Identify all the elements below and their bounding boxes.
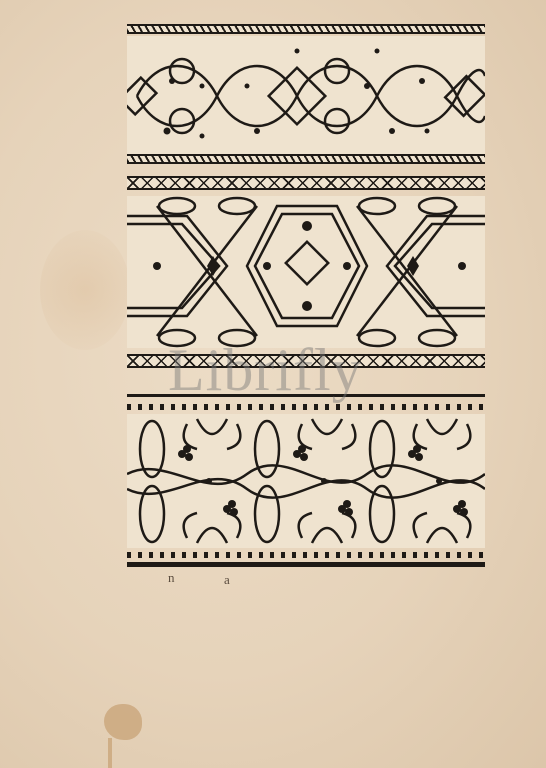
knotwork-band xyxy=(127,36,485,154)
zigzag-border-top xyxy=(127,176,485,190)
printer-signature-mark: a xyxy=(224,572,230,588)
rule-line-bottom xyxy=(127,562,485,567)
rope-border-top xyxy=(127,24,485,34)
rope-border-middle xyxy=(127,154,485,164)
watermark: Librifly xyxy=(168,336,363,405)
knotwork-ornament xyxy=(127,36,485,154)
paper-discoloration xyxy=(40,230,130,350)
woodcut-pattern xyxy=(127,24,485,568)
strapwork-band xyxy=(127,196,485,348)
dotted-border-bottom xyxy=(127,552,485,558)
ink-stain-drip xyxy=(108,738,112,768)
book-page: n a Librifly xyxy=(0,0,546,768)
vine-band xyxy=(127,414,485,548)
vine-ornament xyxy=(127,414,485,548)
ink-stain xyxy=(104,704,142,740)
printer-signature-mark: n xyxy=(168,570,175,586)
strapwork-ornament xyxy=(127,196,485,348)
